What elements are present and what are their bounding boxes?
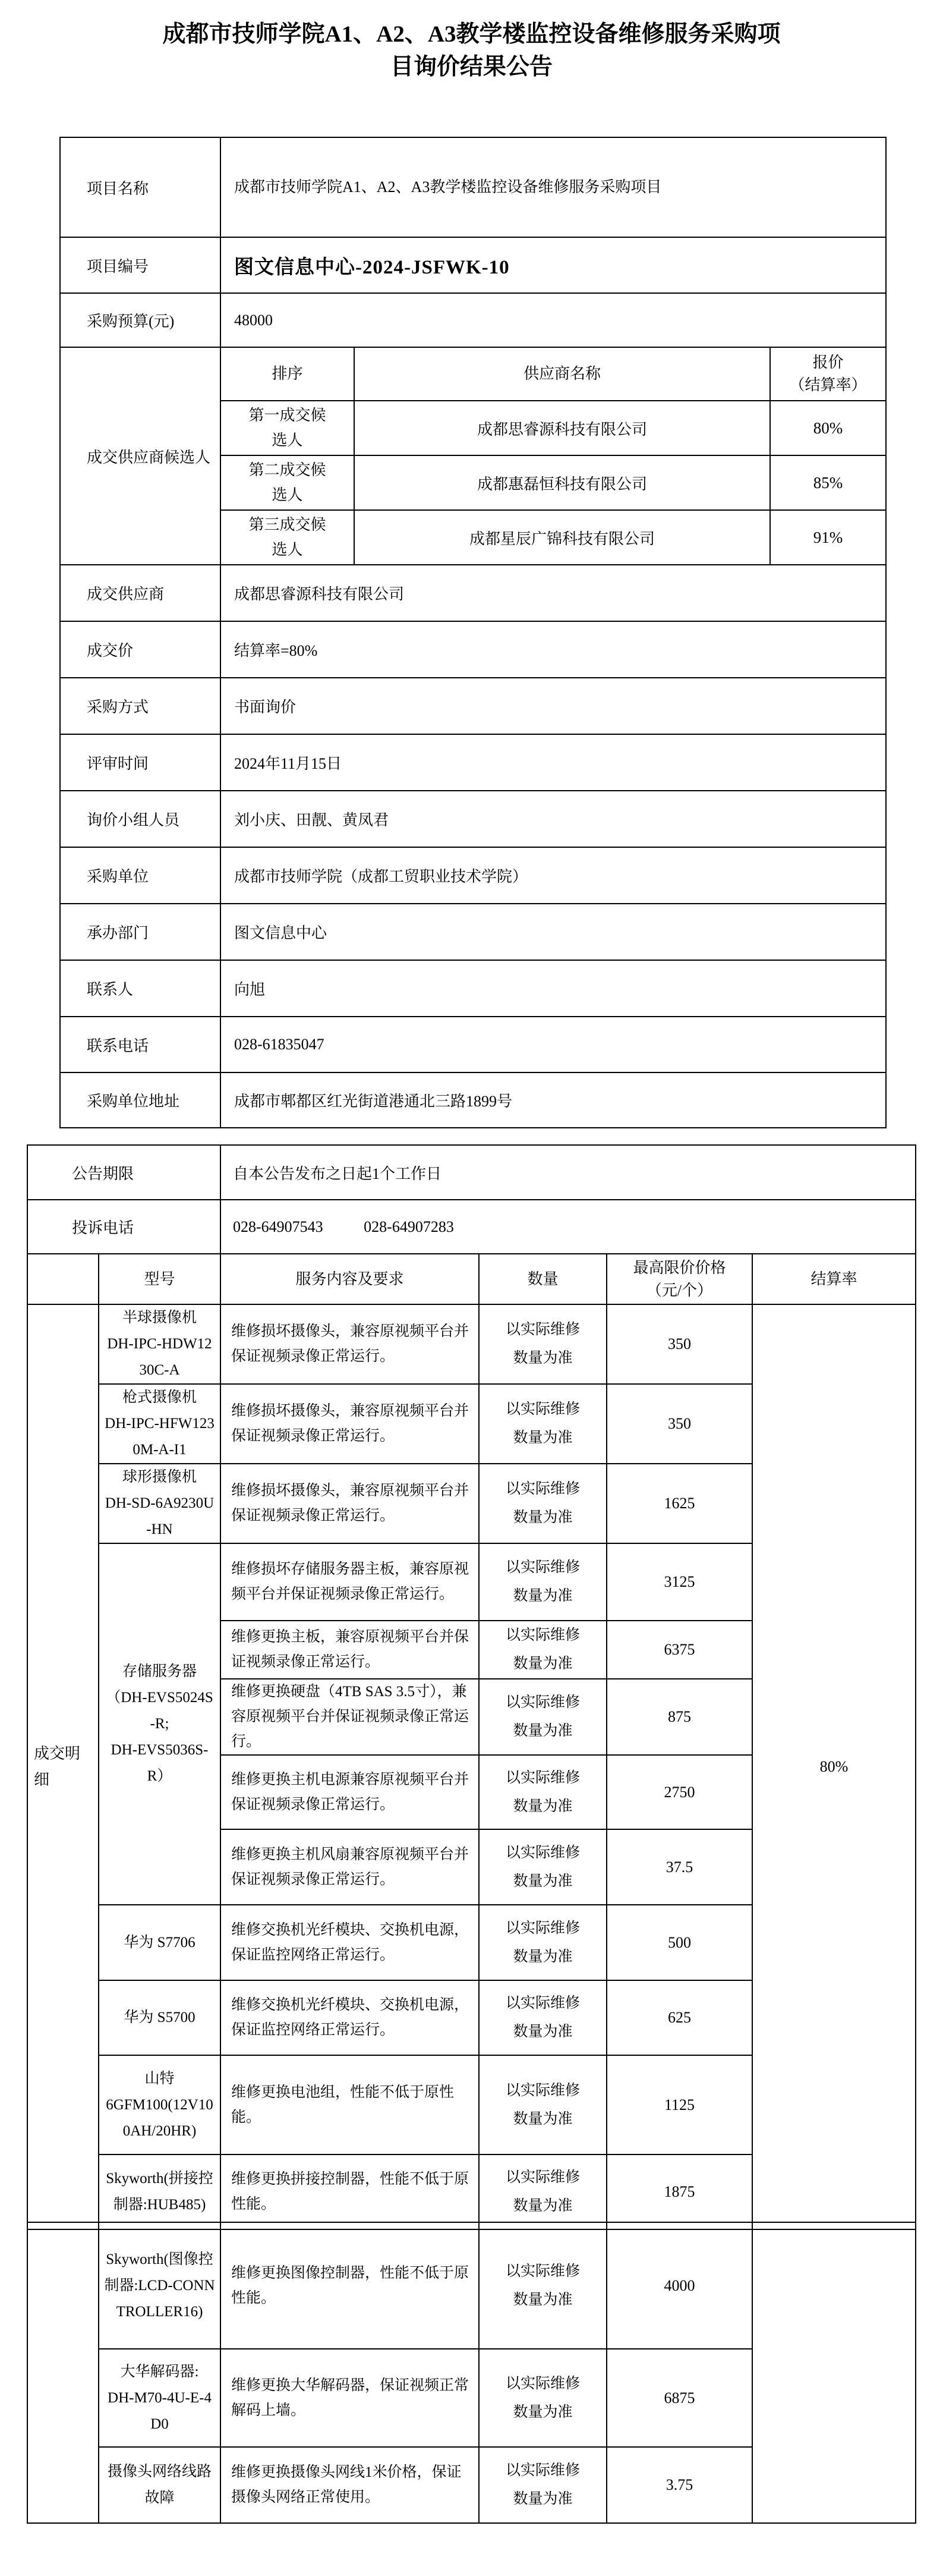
item-qty: 以实际维修数量为准: [479, 2222, 607, 2349]
candidate-col-rank: 排序: [220, 347, 354, 401]
item-price: 875: [607, 1679, 752, 1755]
item-price: 37.5: [607, 1829, 752, 1905]
settlement-rate-value: 80%: [752, 1304, 916, 2229]
project-info-table-grid: 项目名称 成都市技师学院A1、A2、A3教学楼监控设备维修服务采购项目 项目编号…: [59, 137, 887, 1128]
col-service: 服务内容及要求: [220, 1254, 479, 1304]
project-name-value: 成都市技师学院A1、A2、A3教学楼监控设备维修服务采购项目: [220, 137, 886, 237]
breakdown-header-row: 型号 服务内容及要求 数量 最高限价价格 （元/个） 结算率: [27, 1254, 916, 1304]
item-price: 1875: [607, 2154, 752, 2229]
item-qty: 以实际维修数量为准: [479, 2055, 607, 2154]
item-price: 3.75: [607, 2447, 752, 2523]
breakdown-grid-1: 型号 服务内容及要求 数量 最高限价价格 （元/个） 结算率 成交明细 半球摄像…: [27, 1253, 916, 2230]
table-row: 采购方式 书面询价: [60, 678, 886, 734]
item-service: 维修更换主机电源兼容原视频平台并保证视频录像正常运行。: [220, 1755, 479, 1829]
item-price: 625: [607, 1980, 752, 2055]
item-price: 1125: [607, 2055, 752, 2154]
breakdown-table-block2: Skyworth(图像控制器:LCD-CONNTROLLER16) 维修更换图像…: [27, 2222, 916, 2524]
candidate-rank: 第一成交候选人: [220, 401, 354, 455]
candidate-rank: 第二成交候选人: [220, 455, 354, 510]
department-label: 承办部门: [60, 904, 220, 960]
budget-value: 48000: [220, 293, 886, 347]
item-qty: 以实际维修数量为准: [479, 1304, 607, 1384]
item-service: 维修更换主板，兼容原视频平台并保证视频录像正常运行。: [220, 1621, 479, 1679]
project-info-table: 项目名称 成都市技师学院A1、A2、A3教学楼监控设备维修服务采购项目 项目编号…: [59, 137, 887, 1128]
item-price: 4000: [607, 2222, 752, 2349]
item-price: 3125: [607, 1543, 752, 1621]
table-row: 评审时间 2024年11月15日: [60, 734, 886, 791]
item-model: 摄像头网络线路故障: [99, 2447, 220, 2523]
candidates-label: 成交供应商候选人: [60, 347, 220, 565]
table-row: 成交价 结算率=80%: [60, 621, 886, 678]
breakdown-grid-2: Skyworth(图像控制器:LCD-CONNTROLLER16) 维修更换图像…: [27, 2222, 916, 2524]
empty-rate-cell: [752, 2222, 916, 2523]
phone-value: 028-61835047: [220, 1017, 886, 1072]
contact-label: 联系人: [60, 960, 220, 1017]
project-code-label: 项目编号: [60, 237, 220, 293]
item-service: 维修损坏摄像头，兼容原视频平台并保证视频录像正常运行。: [220, 1304, 479, 1384]
inquiry-team-label: 询价小组人员: [60, 791, 220, 847]
item-price: 500: [607, 1905, 752, 1980]
breakdown-row: 成交明细 半球摄像机 DH-IPC-HDW1230C-A 维修损坏摄像头，兼容原…: [27, 1304, 916, 1384]
item-model: 半球摄像机 DH-IPC-HDW1230C-A: [99, 1304, 220, 1384]
item-qty: 以实际维修数量为准: [479, 1755, 607, 1829]
candidate-supplier: 成都星辰广锦科技有限公司: [354, 510, 770, 565]
item-service: 维修损坏摄像头，兼容原视频平台并保证视频录像正常运行。: [220, 1384, 479, 1464]
review-date-label: 评审时间: [60, 734, 220, 791]
item-service: 维修更换大华解码器，保证视频正常解码上墙。: [220, 2349, 479, 2447]
candidate-quote: 80%: [770, 401, 886, 455]
project-code-value: 图文信息中心-2024-JSFWK-10: [220, 237, 886, 293]
item-price: 1625: [607, 1464, 752, 1543]
col-qty: 数量: [479, 1254, 607, 1304]
candidate-rank: 第三成交候选人: [220, 510, 354, 565]
table-row: 询价小组人员 刘小庆、田靓、黄凤君: [60, 791, 886, 847]
page-title-text: 成都市技师学院A1、A2、A3教学楼监控设备维修服务采购项目询价结果公告: [163, 18, 781, 83]
item-service: 维修损坏摄像头，兼容原视频平台并保证视频录像正常运行。: [220, 1464, 479, 1543]
table-row: 成交供应商 成都思睿源科技有限公司: [60, 565, 886, 621]
complaint-phone-2: 028-64907283: [364, 1218, 454, 1236]
table-row: 公告期限 自本公告发布之日起1个工作日: [27, 1145, 916, 1200]
item-model: Skyworth(拼接控制器:HUB485): [99, 2154, 220, 2229]
deal-price-value: 结算率=80%: [220, 621, 886, 678]
candidate-quote: 85%: [770, 455, 886, 510]
item-model: 枪式摄像机 DH-IPC-HFW1230M-A-I1: [99, 1384, 220, 1464]
item-qty: 以实际维修数量为准: [479, 1543, 607, 1621]
item-service: 维修损坏存储服务器主板，兼容原视频平台并保证视频录像正常运行。: [220, 1543, 479, 1621]
candidate-quote: 91%: [770, 510, 886, 565]
item-qty: 以实际维修数量为准: [479, 2349, 607, 2447]
notice-period-value: 自本公告发布之日起1个工作日: [220, 1145, 916, 1200]
notice-period-label: 公告期限: [27, 1145, 220, 1200]
table-row: 采购单位 成都市技师学院（成都工贸职业技术学院）: [60, 847, 886, 904]
candidate-supplier: 成都惠磊恒科技有限公司: [354, 455, 770, 510]
item-model: 华为 S5700: [99, 1980, 220, 2055]
item-qty: 以实际维修数量为准: [479, 1621, 607, 1679]
purchaser-value: 成都市技师学院（成都工贸职业技术学院）: [220, 847, 886, 904]
item-model: 华为 S7706: [99, 1905, 220, 1980]
table-row: 项目编号 图文信息中心-2024-JSFWK-10: [60, 237, 886, 293]
candidate-header-row: 成交供应商候选人 排序 供应商名称 报价 （结算率）: [60, 347, 886, 401]
deal-price-label: 成交价: [60, 621, 220, 678]
item-price: 6375: [607, 1621, 752, 1679]
page-title: 成都市技师学院A1、A2、A3教学楼监控设备维修服务采购项目询价结果公告: [0, 18, 943, 83]
item-model: 存储服务器 （DH-EVS5024S-R; DH-EVS5036S-R）: [99, 1543, 220, 1905]
notice-table: 公告期限 自本公告发布之日起1个工作日 投诉电话 028-64907543 02…: [27, 1144, 916, 1254]
table-row: 投诉电话 028-64907543 028-64907283: [27, 1200, 916, 1254]
breakdown-section-label: 成交明细: [27, 1304, 99, 2229]
review-date-value: 2024年11月15日: [220, 734, 886, 791]
item-price: 350: [607, 1384, 752, 1464]
item-price: 2750: [607, 1755, 752, 1829]
item-price: 6875: [607, 2349, 752, 2447]
address-label: 采购单位地址: [60, 1072, 220, 1128]
table-row: 项目名称 成都市技师学院A1、A2、A3教学楼监控设备维修服务采购项目: [60, 137, 886, 237]
item-model: 山特 6GFM100(12V100AH/20HR): [99, 2055, 220, 2154]
item-qty: 以实际维修数量为准: [479, 1464, 607, 1543]
item-service: 维修更换硬盘（4TB SAS 3.5寸），兼容原视频平台并保证视频录像正常运行。: [220, 1679, 479, 1755]
winner-value: 成都思睿源科技有限公司: [220, 565, 886, 621]
candidate-supplier: 成都思睿源科技有限公司: [354, 401, 770, 455]
department-value: 图文信息中心: [220, 904, 886, 960]
candidate-col-quote: 报价 （结算率）: [770, 347, 886, 401]
item-service: 维修交换机光纤模块、交换机电源，保证监控网络正常运行。: [220, 1905, 479, 1980]
project-name-label: 项目名称: [60, 137, 220, 237]
item-qty: 以实际维修数量为准: [479, 1679, 607, 1755]
address-value: 成都市郫都区红光街道港通北三路1899号: [220, 1072, 886, 1128]
col-rate: 结算率: [752, 1254, 916, 1304]
table-row: 承办部门 图文信息中心: [60, 904, 886, 960]
complaint-phone-1: 028-64907543: [233, 1218, 323, 1236]
item-model: Skyworth(图像控制器:LCD-CONNTROLLER16): [99, 2222, 220, 2349]
table-row: 联系电话 028-61835047: [60, 1017, 886, 1072]
breakdown-table-block1: 型号 服务内容及要求 数量 最高限价价格 （元/个） 结算率 成交明细 半球摄像…: [27, 1253, 916, 2230]
item-qty: 以实际维修数量为准: [479, 1384, 607, 1464]
purchaser-label: 采购单位: [60, 847, 220, 904]
breakdown-row: Skyworth(图像控制器:LCD-CONNTROLLER16) 维修更换图像…: [27, 2222, 916, 2349]
item-service: 维修更换拼接控制器，性能不低于原性能。: [220, 2154, 479, 2229]
table-row: 联系人 向旭: [60, 960, 886, 1017]
winner-label: 成交供应商: [60, 565, 220, 621]
col-price: 最高限价价格 （元/个）: [607, 1254, 752, 1304]
item-service: 维修更换主机风扇兼容原视频平台并保证视频录像正常运行。: [220, 1829, 479, 1905]
item-service: 维修更换摄像头网线1米价格，保证摄像头网络正常使用。: [220, 2447, 479, 2523]
item-qty: 以实际维修数量为准: [479, 1829, 607, 1905]
item-price: 350: [607, 1304, 752, 1384]
empty-section-cell: [27, 2222, 99, 2523]
table-row: 采购单位地址 成都市郫都区红光街道港通北三路1899号: [60, 1072, 886, 1128]
item-qty: 以实际维修数量为准: [479, 2154, 607, 2229]
method-label: 采购方式: [60, 678, 220, 734]
item-qty: 以实际维修数量为准: [479, 1980, 607, 2055]
item-service: 维修更换电池组，性能不低于原性能。: [220, 2055, 479, 2154]
budget-label: 采购预算(元): [60, 293, 220, 347]
complaint-phone-value: 028-64907543 028-64907283: [220, 1200, 916, 1254]
item-service: 维修交换机光纤模块、交换机电源，保证监控网络正常运行。: [220, 1980, 479, 2055]
item-qty: 以实际维修数量为准: [479, 2447, 607, 2523]
contact-value: 向旭: [220, 960, 886, 1017]
item-model: 球形摄像机 DH-SD-6A9230U-HN: [99, 1464, 220, 1543]
empty-cell: [27, 1254, 99, 1304]
item-model: 大华解码器: DH-M70-4U-E-4D0: [99, 2349, 220, 2447]
inquiry-team-value: 刘小庆、田靓、黄凤君: [220, 791, 886, 847]
table-row: 采购预算(元) 48000: [60, 293, 886, 347]
complaint-phone-label: 投诉电话: [27, 1200, 220, 1254]
item-qty: 以实际维修数量为准: [479, 1905, 607, 1980]
item-service: 维修更换图像控制器，性能不低于原性能。: [220, 2222, 479, 2349]
notice-table-grid: 公告期限 自本公告发布之日起1个工作日 投诉电话 028-64907543 02…: [27, 1144, 916, 1254]
phone-label: 联系电话: [60, 1017, 220, 1072]
col-model: 型号: [99, 1254, 220, 1304]
candidate-col-supplier: 供应商名称: [354, 347, 770, 401]
method-value: 书面询价: [220, 678, 886, 734]
